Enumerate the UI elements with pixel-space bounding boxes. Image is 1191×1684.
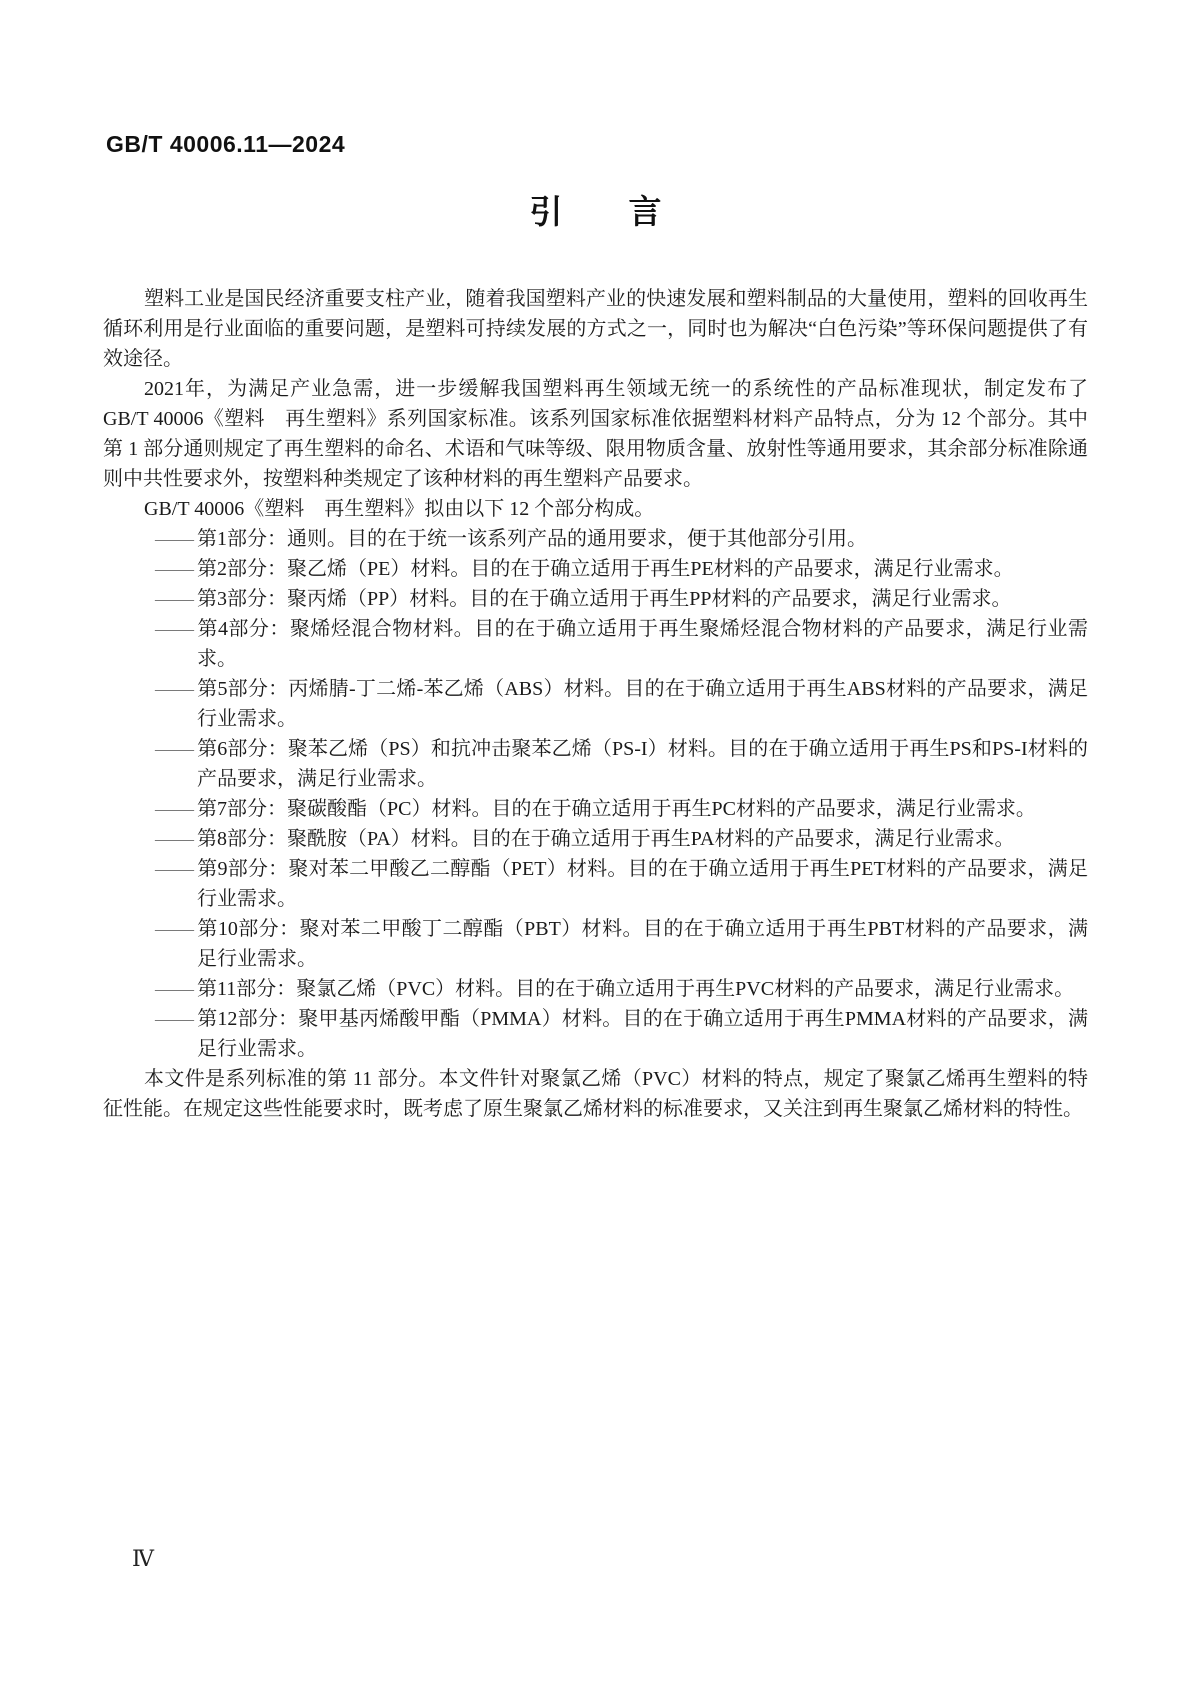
item-dash: ——	[155, 734, 197, 764]
list-item: ——第10部分：聚对苯二甲酸丁二醇酯（PBT）材料。目的在于确立适用于再生PBT…	[103, 914, 1088, 974]
parts-list-intro: GB/T 40006《塑料 再生塑料》拟由以下 12 个部分构成。	[103, 494, 1088, 524]
list-item: ——第11部分：聚氯乙烯（PVC）材料。目的在于确立适用于再生PVC材料的产品要…	[103, 974, 1088, 1004]
list-item: ——第6部分：聚苯乙烯（PS）和抗冲击聚苯乙烯（PS-I）材料。目的在于确立适用…	[103, 734, 1088, 794]
list-item-text: 第2部分：聚乙烯（PE）材料。目的在于确立适用于再生PE材料的产品要求，满足行业…	[197, 558, 1014, 580]
item-dash: ——	[155, 614, 197, 644]
item-dash: ——	[155, 824, 197, 854]
list-item: ——第8部分：聚酰胺（PA）材料。目的在于确立适用于再生PA材料的产品要求，满足…	[103, 824, 1088, 854]
item-dash: ——	[155, 584, 197, 614]
page-number: Ⅳ	[132, 1546, 154, 1572]
page-title: 引 言	[0, 186, 1191, 233]
list-item: ——第3部分：聚丙烯（PP）材料。目的在于确立适用于再生PP材料的产品要求，满足…	[103, 584, 1088, 614]
list-item-text: 第4部分：聚烯烃混合物材料。目的在于确立适用于再生聚烯烃混合物材料的产品要求，满…	[197, 618, 1088, 670]
list-item-text: 第8部分：聚酰胺（PA）材料。目的在于确立适用于再生PA材料的产品要求，满足行业…	[197, 828, 1014, 850]
list-item-text: 第3部分：聚丙烯（PP）材料。目的在于确立适用于再生PP材料的产品要求，满足行业…	[197, 588, 1012, 610]
list-item-text: 第11部分：聚氯乙烯（PVC）材料。目的在于确立适用于再生PVC材料的产品要求，…	[197, 978, 1074, 1000]
list-item: ——第2部分：聚乙烯（PE）材料。目的在于确立适用于再生PE材料的产品要求，满足…	[103, 554, 1088, 584]
item-dash: ——	[155, 914, 197, 944]
list-item-text: 第7部分：聚碳酸酯（PC）材料。目的在于确立适用于再生PC材料的产品要求，满足行…	[197, 798, 1036, 820]
closing-paragraph: 本文件是系列标准的第 11 部分。本文件针对聚氯乙烯（PVC）材料的特点，规定了…	[103, 1064, 1088, 1124]
standard-document-page: GB/T 40006.11—2024 引 言 塑料工业是国民经济重要支柱产业，随…	[0, 0, 1191, 1684]
item-dash: ——	[155, 554, 197, 584]
doc-number: GB/T 40006.11—2024	[106, 131, 345, 158]
intro-paragraph-1: 塑料工业是国民经济重要支柱产业，随着我国塑料产业的快速发展和塑料制品的大量使用，…	[103, 284, 1088, 374]
item-dash: ——	[155, 674, 197, 704]
list-item-text: 第12部分：聚甲基丙烯酸甲酯（PMMA）材料。目的在于确立适用于再生PMMA材料…	[197, 1008, 1088, 1060]
list-item-text: 第10部分：聚对苯二甲酸丁二醇酯（PBT）材料。目的在于确立适用于再生PBT材料…	[197, 918, 1088, 970]
list-item: ——第12部分：聚甲基丙烯酸甲酯（PMMA）材料。目的在于确立适用于再生PMMA…	[103, 1004, 1088, 1064]
item-dash: ——	[155, 524, 197, 554]
list-item: ——第1部分：通则。目的在于统一该系列产品的通用要求，便于其他部分引用。	[103, 524, 1088, 554]
list-item-text: 第9部分：聚对苯二甲酸乙二醇酯（PET）材料。目的在于确立适用于再生PET材料的…	[197, 858, 1088, 910]
list-item: ——第4部分：聚烯烃混合物材料。目的在于确立适用于再生聚烯烃混合物材料的产品要求…	[103, 614, 1088, 674]
list-item: ——第5部分：丙烯腈-丁二烯-苯乙烯（ABS）材料。目的在于确立适用于再生ABS…	[103, 674, 1088, 734]
item-dash: ——	[155, 794, 197, 824]
list-item: ——第7部分：聚碳酸酯（PC）材料。目的在于确立适用于再生PC材料的产品要求，满…	[103, 794, 1088, 824]
item-dash: ——	[155, 1004, 197, 1034]
list-item: ——第9部分：聚对苯二甲酸乙二醇酯（PET）材料。目的在于确立适用于再生PET材…	[103, 854, 1088, 914]
list-item-text: 第6部分：聚苯乙烯（PS）和抗冲击聚苯乙烯（PS-I）材料。目的在于确立适用于再…	[197, 738, 1088, 790]
item-dash: ——	[155, 974, 197, 1004]
list-item-text: 第5部分：丙烯腈-丁二烯-苯乙烯（ABS）材料。目的在于确立适用于再生ABS材料…	[197, 678, 1088, 730]
item-dash: ——	[155, 854, 197, 884]
document-body: 塑料工业是国民经济重要支柱产业，随着我国塑料产业的快速发展和塑料制品的大量使用，…	[103, 284, 1088, 1124]
list-item-text: 第1部分：通则。目的在于统一该系列产品的通用要求，便于其他部分引用。	[197, 528, 867, 550]
intro-paragraph-2: 2021年，为满足产业急需，进一步缓解我国塑料再生领域无统一的系统性的产品标准现…	[103, 374, 1088, 494]
